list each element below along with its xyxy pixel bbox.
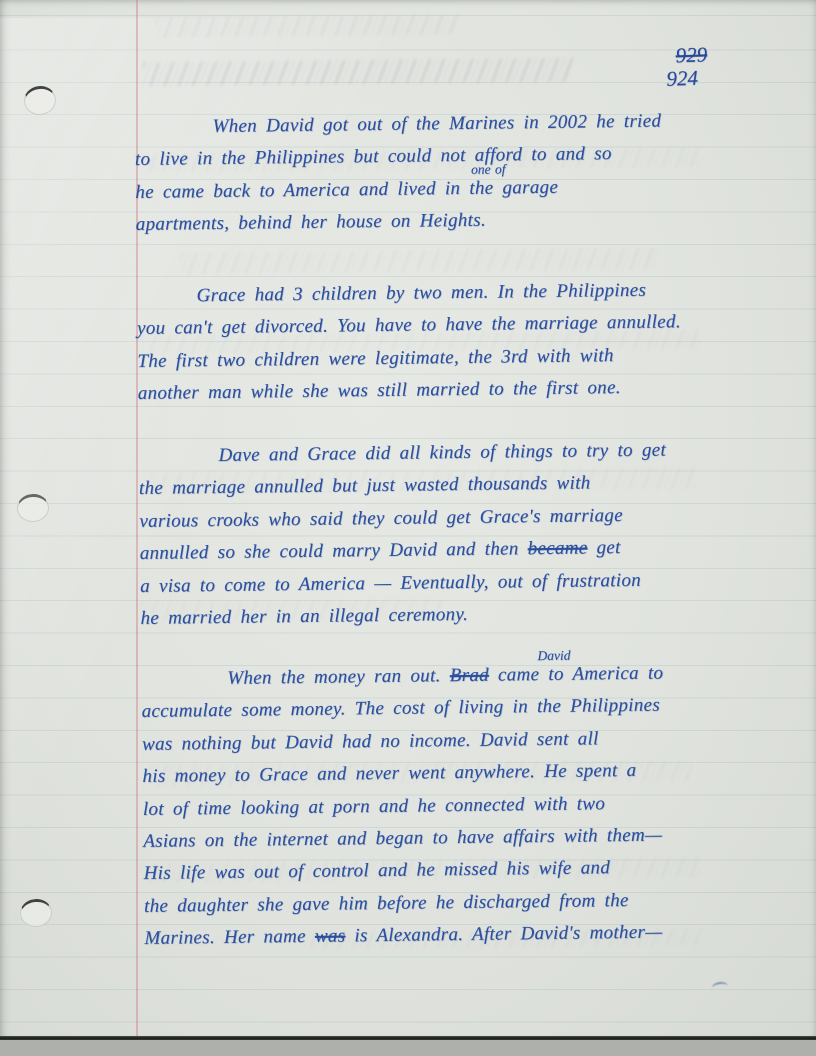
page-number-block: 929 924 — [665, 43, 708, 90]
struck-word: became — [528, 538, 588, 560]
text-segment: is Alexandra. After David's mother— — [345, 922, 662, 947]
paragraph: Dave and Grace did all kinds of things t… — [138, 434, 732, 636]
struck-word: was — [315, 926, 346, 947]
paragraph: Grace had 3 children by two men. In the … — [136, 274, 730, 411]
text-segment: came to America to — [489, 663, 664, 686]
inserted-word-above: David — [451, 649, 570, 663]
paragraph: When David got out of the Marines in 200… — [134, 105, 728, 242]
page-number-struck: 929 — [675, 43, 707, 67]
paragraph: When the money ran out. BradDavid came t… — [141, 657, 737, 956]
scanned-page: 929 924 When David got out of the Marine… — [0, 0, 816, 1056]
struck-word: BradDavid — [450, 665, 489, 686]
paper-bottom-edge — [0, 1036, 816, 1040]
text-segment: annulled so she could marry David and th… — [140, 538, 528, 564]
text-segment: get — [587, 537, 620, 558]
text-segment: Marines. Her name — [144, 926, 315, 949]
text-segment: the garageone of — [469, 177, 558, 199]
inserted-word-above: one of — [471, 162, 506, 175]
page-number: 924 — [666, 66, 708, 90]
text-segment: he came back to America and lived in — [135, 178, 469, 203]
text-segment: When the money ran out. — [227, 665, 450, 689]
